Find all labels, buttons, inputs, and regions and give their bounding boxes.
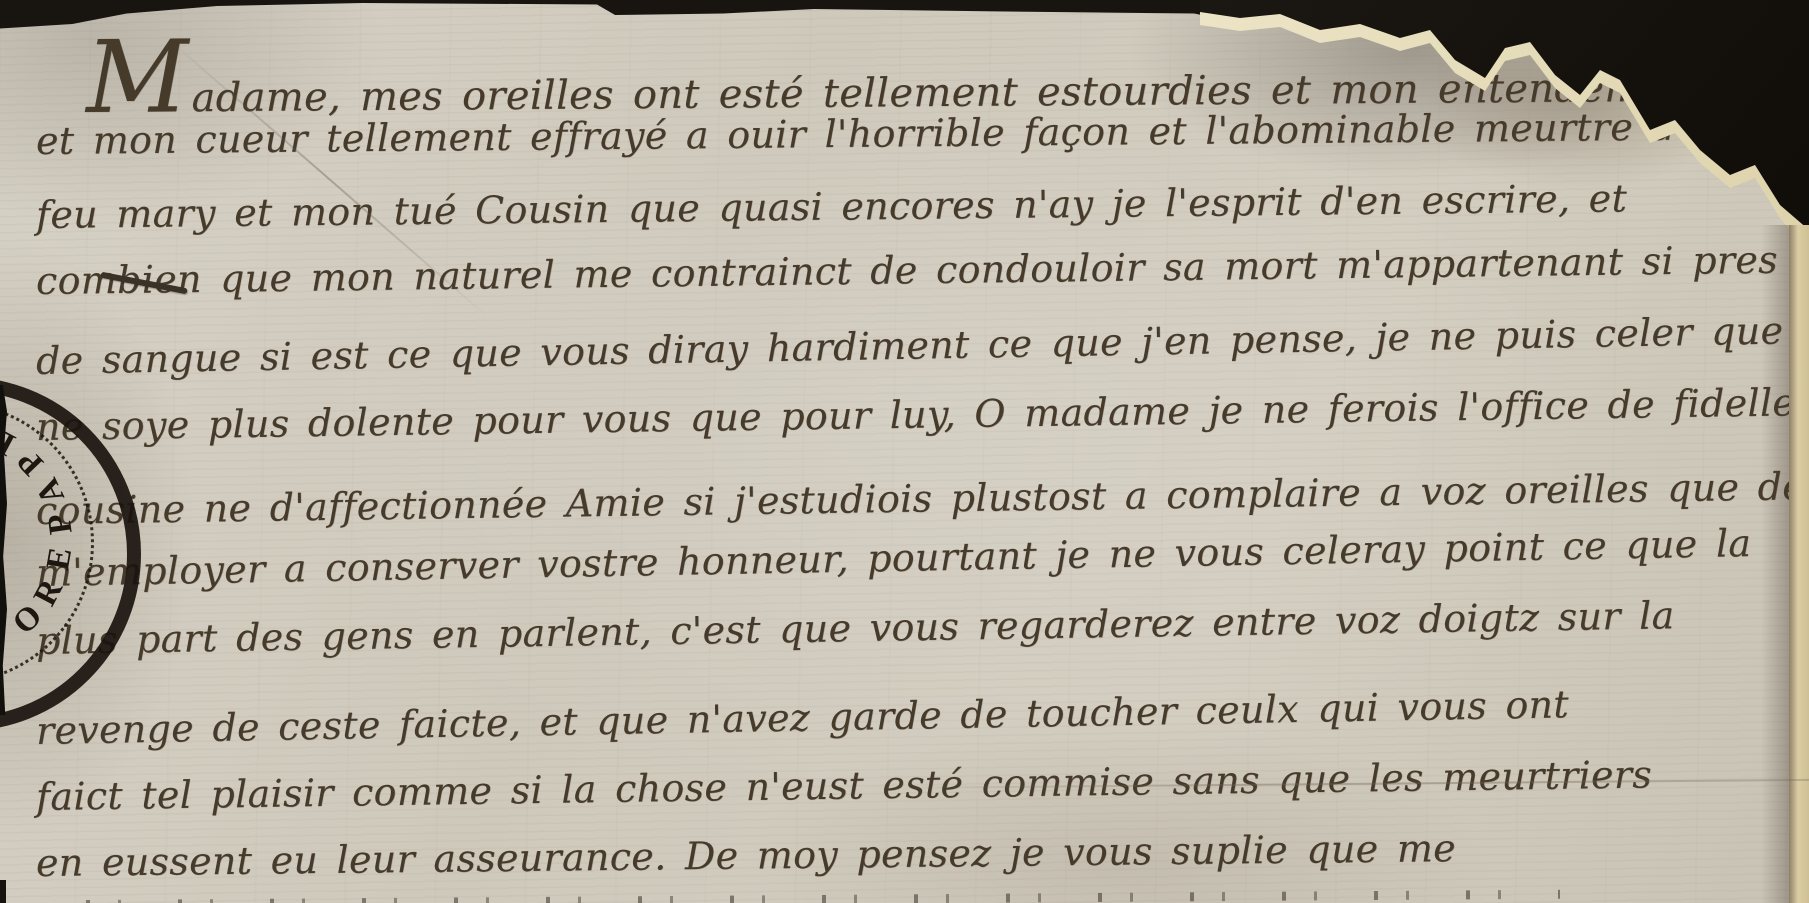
manuscript-photo: Madame, mes oreilles ont esté tellement … [0, 0, 1809, 903]
right-edge-shadow [1761, 225, 1789, 903]
torn-corner [1200, 0, 1809, 260]
right-underpage-edge [1789, 225, 1809, 903]
left-edge-sliver-bottom [0, 880, 6, 903]
torn-corner-dark-backing [1200, 0, 1809, 260]
